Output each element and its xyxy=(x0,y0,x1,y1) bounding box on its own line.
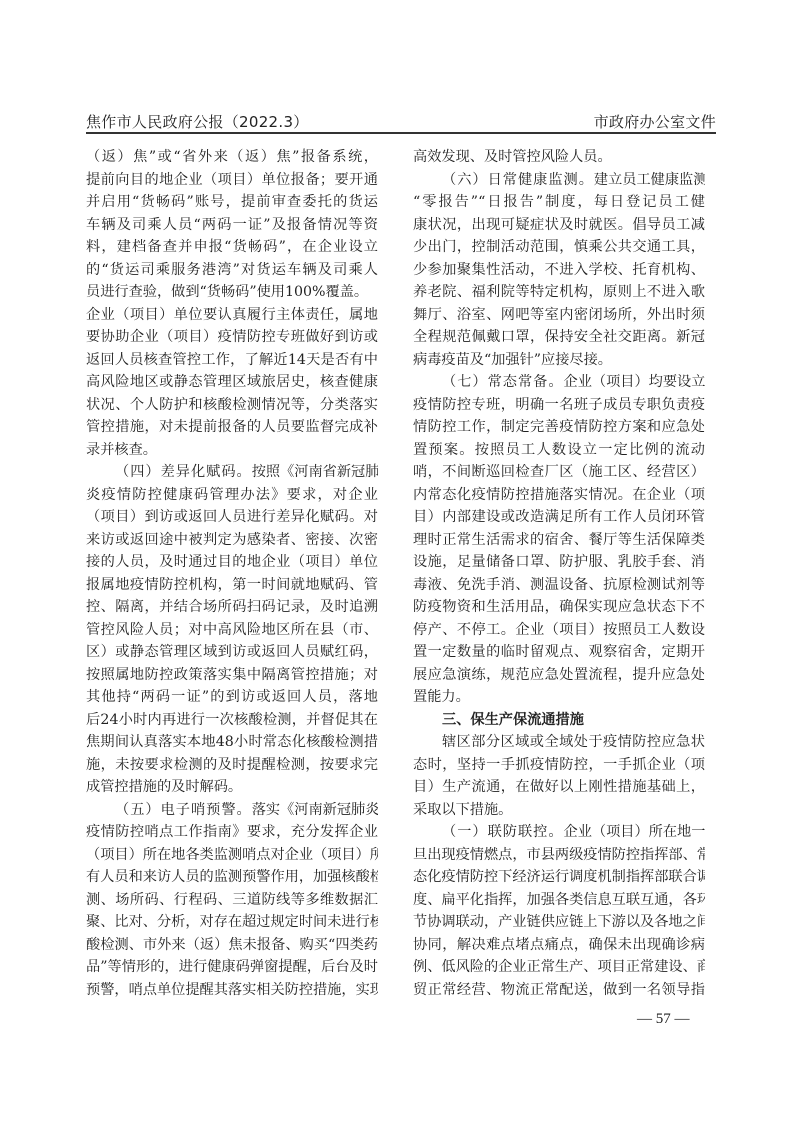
section-7-title: （七）常态常备。 xyxy=(442,374,564,390)
text-line: 管控风险人员；对中高风险地区所在县（市、 xyxy=(86,619,378,642)
left-column: （返）焦”或“省外来（返）焦”报备系统， 提前向目的地企业（项目）单位报备；要开… xyxy=(86,146,378,1001)
text-line: 置能力。 xyxy=(413,686,705,709)
text-line: 按照属地防控政策落实集中隔离管控措施；对 xyxy=(86,664,378,687)
text-line: 设施，足量储备口罩、防护服、乳胶手套、消 xyxy=(413,551,705,574)
text-line: 病毒疫苗及“加强针”应接尽接。 xyxy=(413,349,705,372)
text-span: 企业（项目）所在地一 xyxy=(564,824,705,840)
text-line: 防疫物资和生活用品，确保实现应急状态下不 xyxy=(413,596,705,619)
text-line: 毒液、免洗手消、测温设备、抗原检测试剂等 xyxy=(413,574,705,597)
text-line: 预警，哨点单位提醒其落实相关防控措施，实现 xyxy=(86,979,378,1002)
text-line: 度、扁平化指挥，加强各类信息互联互通，各环 xyxy=(413,889,705,912)
text-line: 管控措施，对未提前报备的人员要监督完成补 xyxy=(86,416,378,439)
text-line: 疫情防控专班，明确一名班子成员专职负责疫 xyxy=(413,394,705,417)
section-6-title: （六）日常健康监测。 xyxy=(442,172,594,188)
text-line: （项目）所在地各类监测哨点对企业（项目）所 xyxy=(86,844,378,867)
right-column: 高效发现、及时管控风险人员。 （六）日常健康监测。建立员工健康监测 “零报告”“… xyxy=(413,146,705,1001)
section-7-first-line: （七）常态常备。企业（项目）均要设立 xyxy=(413,371,705,394)
text-line: 全程规范佩戴口罩，保持安全社交距离。新冠 xyxy=(413,326,705,349)
text-line: 少出门，控制活动范围，慎乘公共交通工具， xyxy=(413,236,705,259)
text-line: 态化疫情防控下经济运行调度机制指挥部联合调 xyxy=(413,866,705,889)
subsection-1-title: （一）联防联控。 xyxy=(442,824,564,840)
text-line: （项目）到访或返回人员进行差异化赋码。对 xyxy=(86,506,378,529)
text-line: 停产、不停工。企业（项目）按照员工人数设 xyxy=(413,619,705,642)
text-line: 高风险地区或静态管理区域旅居史，核查健康 xyxy=(86,371,378,394)
text-line: 炎疫情防控健康码管理办法》要求，对企业 xyxy=(86,484,378,507)
text-line: 施，未按要求检测的及时提醒检测，按要求完 xyxy=(86,754,378,777)
section-4-title: （四）差异化赋码。 xyxy=(115,464,252,480)
text-line: 企业（项目）单位要认真履行主体责任，属地 xyxy=(86,304,378,327)
text-line: 态时，坚持一手抓疫情防控，一手抓企业（项 xyxy=(413,754,705,777)
text-line: 返回人员核查管控工作，了解近14天是否有中 xyxy=(86,349,378,372)
text-line: 成管控措施的及时解码。 xyxy=(86,776,378,799)
text-line: “零报告”“日报告”制度，每日登记员工健 xyxy=(413,191,705,214)
text-line: 接的人员，及时通过目的地企业（项目）单位 xyxy=(86,551,378,574)
text-line: 养老院、福利院等特定机构，原则上不进入歌 xyxy=(413,281,705,304)
publication-title: 焦作市人民政府公报（2022.3） xyxy=(86,111,309,132)
text-line: 酸检测、市外来（返）焦未报备、购买“四类药 xyxy=(86,934,378,957)
text-span: 企业（项目）均要设立 xyxy=(564,374,705,390)
text-line: 要协助企业（项目）疫情防控专班做好到访或 xyxy=(86,326,378,349)
section-4-first-line: （四）差异化赋码。按照《河南省新冠肺 xyxy=(86,461,378,484)
text-line: 录并核查。 xyxy=(86,439,378,462)
text-line: 置预案。按照员工人数设立一定比例的流动 xyxy=(413,439,705,462)
text-line: 少参加聚集性活动，不进入学校、托育机构、 xyxy=(413,259,705,282)
text-line: （返）焦”或“省外来（返）焦”报备系统， xyxy=(86,146,378,169)
text-line: 内常态化疫情防控措施落实情况。在企业（项 xyxy=(413,484,705,507)
text-line: 情防控工作，制定完善疫情防控方案和应急处 xyxy=(413,416,705,439)
text-line: 区）或静态管理区域到访或返回人员赋红码， xyxy=(86,641,378,664)
section-6-first-line: （六）日常健康监测。建立员工健康监测 xyxy=(413,169,705,192)
text-line: 目）内部建设或改造满足所有工作人员闭环管 xyxy=(413,506,705,529)
text-line: 有人员和来访人员的监测预警作用，加强核酸检 xyxy=(86,866,378,889)
section-5-first-line: （五）电子哨预警。落实《河南新冠肺炎 xyxy=(86,799,378,822)
subsection-1-first-line: （一）联防联控。企业（项目）所在地一 xyxy=(413,821,705,844)
text-line: 车辆及司乘人员“两码一证”及报备情况等资 xyxy=(86,214,378,237)
section-5-title: （五）电子哨预警。 xyxy=(115,802,252,818)
text-line: 高效发现、及时管控风险人员。 xyxy=(413,146,705,169)
text-line: 采取以下措施。 xyxy=(413,799,705,822)
text-line: 置一定数量的临时留观点、观察宿舍，定期开 xyxy=(413,641,705,664)
text-line: 后24小时内再进行一次核酸检测，并督促其在 xyxy=(86,709,378,732)
text-line: 来访或返回途中被判定为感染者、密接、次密 xyxy=(86,529,378,552)
page-number: — 57 — xyxy=(637,1011,690,1028)
text-line: 理时正常生活需求的宿舍、餐厅等生活保障类 xyxy=(413,529,705,552)
text-line: 协同，解决难点堵点痛点，确保未出现确诊病 xyxy=(413,934,705,957)
text-line: 哨，不间断巡回检查厂区（施工区、经营区） xyxy=(413,461,705,484)
text-line: 舞厅、浴室、网吧等室内密闭场所，外出时须 xyxy=(413,304,705,327)
intro-first-line: 辖区部分区域或全域处于疫情防控应急状 xyxy=(413,731,705,754)
text-span: 建立员工健康监测 xyxy=(594,172,705,188)
text-line: 焦期间认真落实本地48小时常态化核酸检测措 xyxy=(86,731,378,754)
text-span: 按照《河南省新冠肺 xyxy=(252,464,378,480)
page-header: 焦作市人民政府公报（2022.3） 市政府办公室文件 xyxy=(86,108,716,134)
text-line: 提前向目的地企业（项目）单位报备；要开通 xyxy=(86,169,378,192)
text-line: 状况、个人防护和核酸检测情况等，分类落实 xyxy=(86,394,378,417)
text-line: 聚、比对、分析，对存在超过规定时间未进行核 xyxy=(86,911,378,934)
text-span: 落实《河南新冠肺炎 xyxy=(252,802,378,818)
text-line: 贸正常经营、物流正常配送，做到一名领导指 xyxy=(413,979,705,1002)
text-line: 料，建档备查并申报“货畅码”，在企业设立 xyxy=(86,236,378,259)
text-line: 展应急演练，规范应急处置流程，提升应急处 xyxy=(413,664,705,687)
text-line: 疫情防控哨点工作指南》要求，充分发挥企业 xyxy=(86,821,378,844)
text-line: 品”等情形的，进行健康码弹窗提醒，后台及时 xyxy=(86,956,378,979)
text-line: 节协调联动，产业链供应链上下游以及各地之间 xyxy=(413,911,705,934)
text-line: 目）生产流通，在做好以上刚性措施基础上， xyxy=(413,776,705,799)
section-label: 市政府办公室文件 xyxy=(594,111,716,132)
text-line: 并启用“货畅码”账号，提前审查委托的货运 xyxy=(86,191,378,214)
text-line: 员进行查验，做到“货畅码”使用100%覆盖。 xyxy=(86,281,378,304)
text-line: 例、低风险的企业正常生产、项目正常建设、商 xyxy=(413,956,705,979)
text-line: 测、场所码、行程码、三道防线等多维数据汇 xyxy=(86,889,378,912)
text-line: 的“货运司乘服务港湾”对货运车辆及司乘人 xyxy=(86,259,378,282)
text-line: 报属地疫情防控机构，第一时间就地赋码、管 xyxy=(86,574,378,597)
text-line: 旦出现疫情燃点，市县两级疫情防控指挥部、常 xyxy=(413,844,705,867)
section-heading-3: 三、保生产保流通措施 xyxy=(413,709,705,732)
text-line: 其他持“两码一证”的到访或返回人员，落地 xyxy=(86,686,378,709)
text-line: 控、隔离，并结合场所码扫码记录，及时追溯 xyxy=(86,596,378,619)
text-line: 康状况，出现可疑症状及时就医。倡导员工减 xyxy=(413,214,705,237)
